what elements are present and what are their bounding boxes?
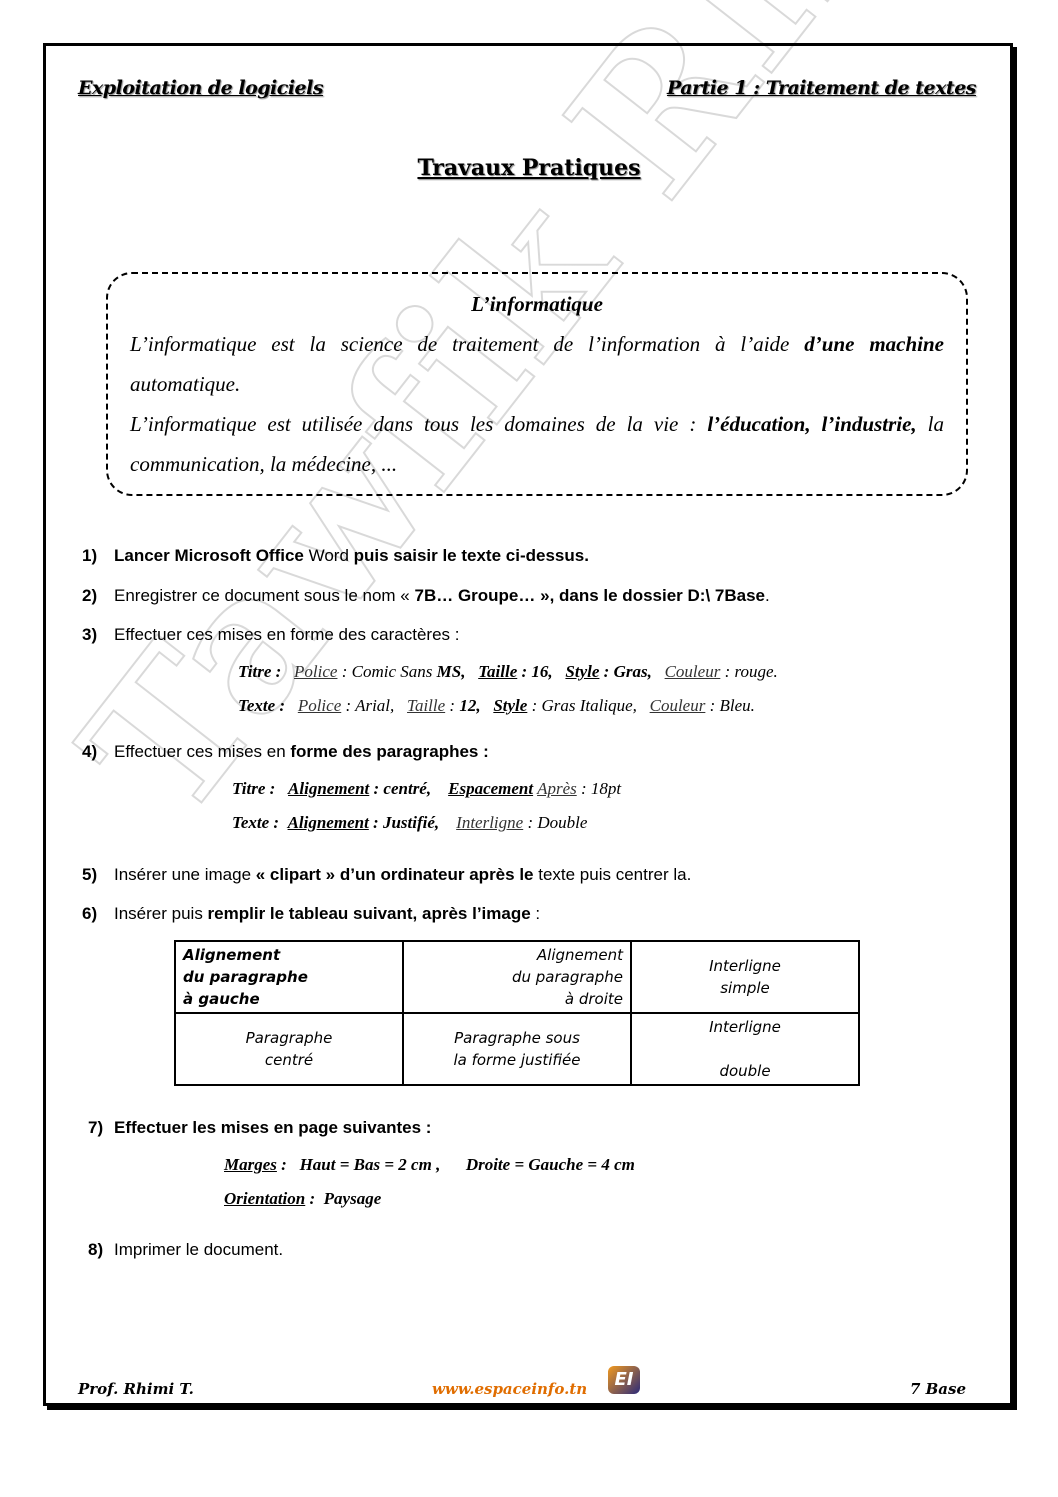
header-part: Partie 1 : Traitement de textes xyxy=(667,77,976,99)
sample-text-box: L’informatique L’informatique est la sci… xyxy=(106,272,968,496)
table-cell: Alignement du paragraphe à droite xyxy=(403,941,631,1013)
instruction-2: 2)Enregistrer ce document sous le nom « … xyxy=(82,586,770,606)
sample-text-line-2: automatique. xyxy=(130,372,944,397)
header-subject: Exploitation de logiciels xyxy=(78,77,323,99)
table-cell: Interligne simple xyxy=(631,941,859,1013)
instruction-1: 1)Lancer Microsoft Office Word puis sais… xyxy=(82,546,589,566)
table-cell: Interligne double xyxy=(631,1013,859,1085)
sample-text-line-4: communication, la médecine, ... xyxy=(130,452,944,477)
espaceinfo-logo-icon: EI xyxy=(608,1366,640,1394)
page-title: Travaux Pratiques xyxy=(0,155,1058,181)
footer-class: 7 Base xyxy=(910,1380,966,1398)
instruction-5: 5)Insérer une image « clipart » d’un ord… xyxy=(82,865,691,885)
instruction-7: 7)Effectuer les mises en page suivantes … xyxy=(88,1118,431,1138)
char-format-text: Texte : Police : Arial, Taille : 12, Sty… xyxy=(238,696,755,716)
table-row: Paragraphe centré Paragraphe sous la for… xyxy=(175,1013,859,1085)
char-format-title: Titre : Police : Comic Sans MS, Taille :… xyxy=(238,662,778,682)
table-cell: Alignement du paragraphe à gauche xyxy=(175,941,403,1013)
para-format-text: Texte : Alignement : Justifié, Interlign… xyxy=(232,813,587,833)
table-cell: Paragraphe centré xyxy=(175,1013,403,1085)
para-format-title: Titre : Alignement : centré, Espacement … xyxy=(232,779,621,799)
instruction-8: 8)Imprimer le document. xyxy=(88,1240,283,1260)
sample-text-line-3: L’informatique est utilisée dans tous le… xyxy=(130,412,944,437)
page-setup-orientation: Orientation : Paysage xyxy=(224,1189,381,1209)
footer-website-link[interactable]: www.espaceinfo.tn xyxy=(432,1380,587,1398)
sample-text-title: L’informatique xyxy=(108,292,966,317)
sample-text-line-1: L’informatique est la science de traitem… xyxy=(130,332,944,357)
instruction-3: 3)Effectuer ces mises en forme des carac… xyxy=(82,625,460,645)
page-setup-margins: Marges : Haut = Bas = 2 cm , Droite = Ga… xyxy=(224,1155,635,1175)
page-border xyxy=(43,43,1013,1406)
formatting-table: Alignement du paragraphe à gauche Aligne… xyxy=(174,940,860,1086)
instruction-4: 4)Effectuer ces mises en forme des parag… xyxy=(82,742,489,762)
instruction-6: 6)Insérer puis remplir le tableau suivan… xyxy=(82,904,540,924)
table-row: Alignement du paragraphe à gauche Aligne… xyxy=(175,941,859,1013)
table-cell: Paragraphe sous la forme justifiée xyxy=(403,1013,631,1085)
footer-author: Prof. Rhimi T. xyxy=(78,1380,194,1398)
